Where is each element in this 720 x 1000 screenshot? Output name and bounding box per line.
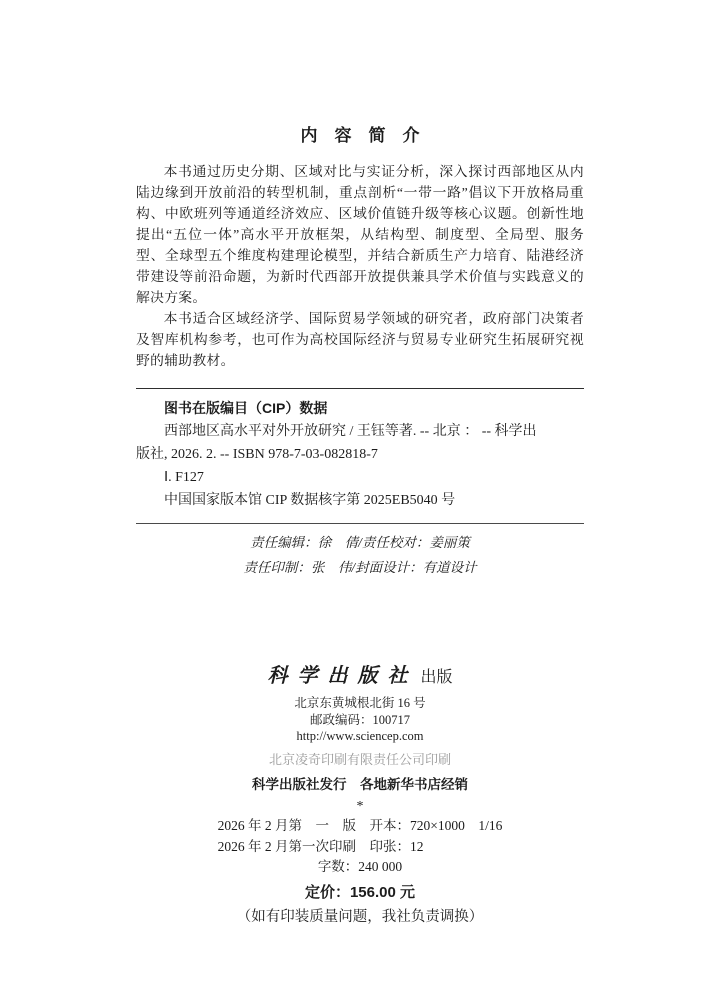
cip-record-number: 中国国家版本馆 CIP 数据核字第 2025EB5040 号	[136, 489, 584, 512]
publisher-line: 科学出版社出版	[136, 664, 584, 690]
publisher-postcode: 邮政编码：100717	[136, 712, 584, 729]
intro-paragraph-1: 本书通过历史分期、区域对比与实证分析，深入探讨西部地区从内陆边缘到开放前沿的转型…	[136, 161, 584, 308]
printer-line: 北京凌奇印刷有限责任公司印刷	[136, 751, 584, 768]
publisher-address: 北京东黄城根北街 16 号	[136, 695, 584, 712]
page-title: 内容简介	[136, 126, 584, 146]
divider-bottom	[136, 523, 584, 524]
credit-line-printing: 责任印制：张 伟/封面设计：有道设计	[136, 555, 584, 580]
cip-header: 图书在版编目（CIP）数据	[136, 397, 584, 420]
publisher-logo: 科学出版社	[267, 665, 417, 687]
intro-paragraph-2: 本书适合区域经济学、国际贸易学领域的研究者，政府部门决策者及智库机构参考，也可作…	[136, 308, 584, 371]
word-count-line: 字数：240 000	[136, 857, 584, 877]
credit-line-editor: 责任编辑：徐 倩/责任校对：姜丽策	[136, 530, 584, 555]
separator-star: *	[136, 800, 584, 813]
publisher-suffix: 出版	[420, 669, 452, 686]
divider-top	[136, 388, 584, 389]
quality-notice: （如有印装质量问题，我社负责调换）	[136, 908, 584, 927]
cip-classification: Ⅰ. F127	[136, 466, 584, 489]
copyright-page: 内容简介 本书通过历史分期、区域对比与实证分析，深入探讨西部地区从内陆边缘到开放…	[136, 0, 584, 927]
imprint-block: 2026 年 2 月第 一 版 开本：720×1000 1/16 2026 年 …	[218, 815, 503, 857]
edition-line: 2026 年 2 月第 一 版 开本：720×1000 1/16	[218, 815, 503, 836]
colophon-section: 科学出版社出版 北京东黄城根北街 16 号 邮政编码：100717 http:/…	[136, 664, 584, 927]
printing-line: 2026 年 2 月第一次印刷 印张：12	[218, 836, 503, 857]
cip-book-line-1: 西部地区高水平对外开放研究 / 王钰等著. -- 北京 ： -- 科学出	[136, 420, 584, 443]
publisher-website: http://www.sciencep.com	[136, 728, 584, 745]
cip-book-line-2: 版社, 2026. 2. -- ISBN 978-7-03-082818-7	[136, 443, 584, 466]
price-line: 定价：156.00 元	[136, 883, 584, 902]
content-summary-section: 内容简介 本书通过历史分期、区域对比与实证分析，深入探讨西部地区从内陆边缘到开放…	[136, 126, 584, 371]
cip-section: 图书在版编目（CIP）数据 西部地区高水平对外开放研究 / 王钰等著. -- 北…	[136, 397, 584, 512]
credits-section: 责任编辑：徐 倩/责任校对：姜丽策 责任印制：张 伟/封面设计：有道设计	[136, 530, 584, 580]
distribution-line: 科学出版社发行 各地新华书店经销	[136, 776, 584, 794]
